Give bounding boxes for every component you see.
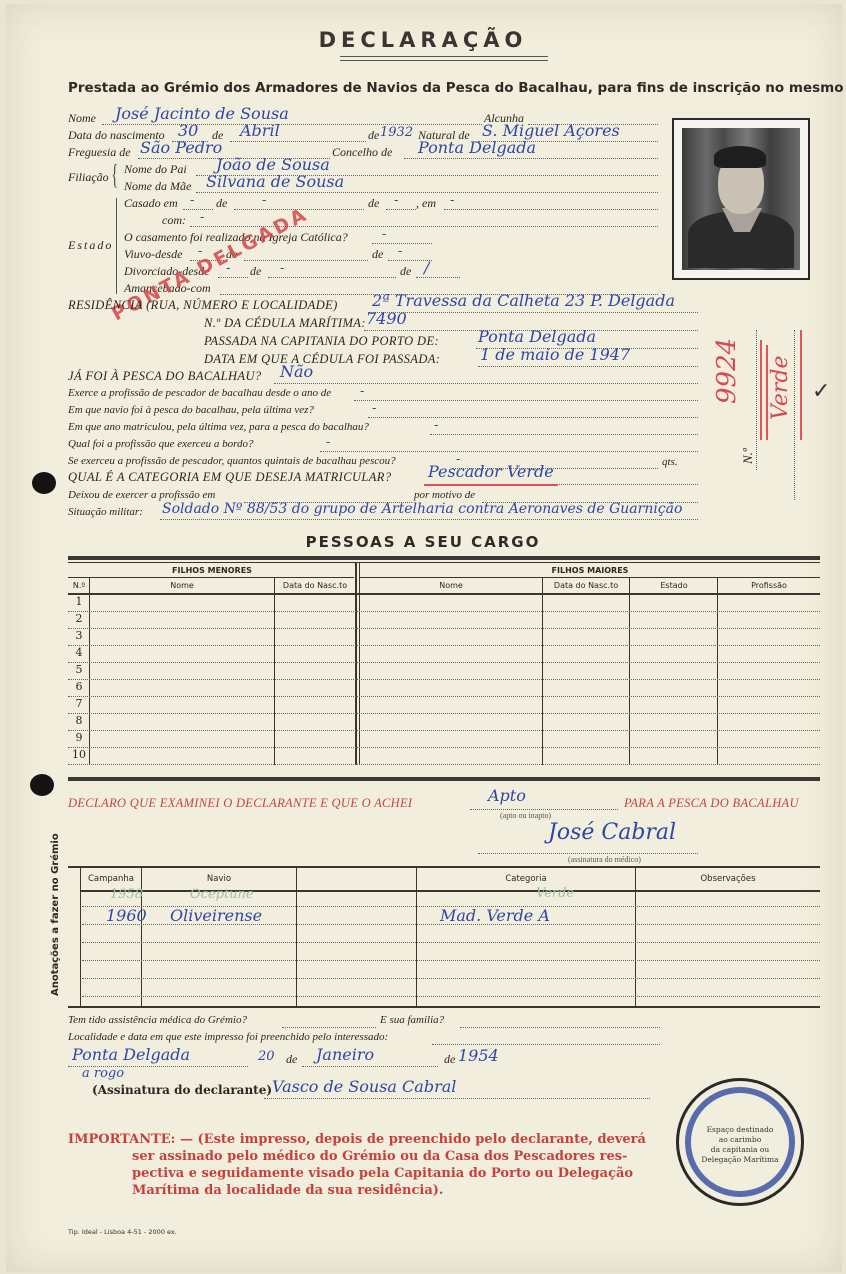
red-underline <box>424 484 558 486</box>
apto-hint: (apto ou inapto) <box>500 811 551 820</box>
seal-line: ao carimbo <box>679 1135 801 1145</box>
row-number: 7 <box>70 697 88 710</box>
viuvo-ano-field[interactable]: - <box>398 244 402 259</box>
important-line: IMPORTANTE: — (Este impresso, depois de … <box>68 1132 646 1147</box>
quintais-label: Se exerceu a profissão de pescador, quan… <box>68 455 396 467</box>
anotacao-navio: Oliveirense <box>170 906 262 925</box>
militar-field[interactable]: Soldado Nº 88/53 do grupo de Artelharia … <box>162 501 682 517</box>
table-row[interactable] <box>68 645 820 646</box>
categoria-label: QUAL É A CATEGORIA EM QUE DESEJA MATRICU… <box>68 470 391 485</box>
motivo-label: por motivo de <box>414 489 475 501</box>
table-row[interactable] <box>82 960 820 961</box>
ja-foi-field[interactable]: Não <box>280 362 313 381</box>
document-subtitle: Prestada ao Grémio dos Armadores de Navi… <box>68 80 844 96</box>
assistencia-field[interactable] <box>282 1027 376 1028</box>
deixou-label: Deixou de exercer a profissão em <box>68 489 215 501</box>
localidade-label: Localidade e data em que este impresso f… <box>68 1031 388 1043</box>
familia-field[interactable] <box>460 1027 660 1028</box>
brace: { <box>111 160 118 192</box>
row-number: 5 <box>70 663 88 676</box>
ja-foi-label: JÁ FOI À PESCA DO BACALHAU? <box>68 369 262 384</box>
col-categoria: Categoria <box>417 874 635 884</box>
casado-dia-field[interactable]: - <box>190 193 194 208</box>
col-navio: Navio <box>142 874 296 884</box>
qts-unit: qts. <box>662 456 678 468</box>
desde-label: Exerce a profissão de pescador de bacalh… <box>68 387 331 399</box>
nascimento-ano-field[interactable]: 1932 <box>380 125 413 140</box>
navio-field[interactable]: - <box>372 401 376 416</box>
anotacao-categoria: Mad. Verde A <box>440 906 550 925</box>
com-label: com: <box>162 213 186 228</box>
filhos-menores-header: FILHOS MENORES <box>68 566 356 575</box>
row-number: 1 <box>70 595 88 608</box>
anotacao-navio: Oceptune <box>190 887 254 902</box>
nascimento-mes-field[interactable]: Abril <box>240 121 280 140</box>
ano-label: Em que ano matriculou, pela última vez, … <box>68 421 369 433</box>
table-row[interactable] <box>82 942 820 943</box>
familia-label: E sua familia? <box>380 1014 444 1026</box>
divorciado-ano-field[interactable]: / <box>424 258 429 277</box>
mes-field[interactable]: Janeiro <box>316 1045 374 1064</box>
casado-ano-field[interactable]: - <box>394 193 398 208</box>
row-number: 2 <box>70 612 88 625</box>
pessoas-title: PESSOAS A SEU CARGO <box>0 533 846 551</box>
concelho-label: Concelho de <box>332 145 392 160</box>
declaro-label: DECLARO QUE EXAMINEI O DECLARANTE E QUE … <box>68 796 412 811</box>
row-number: 4 <box>70 646 88 659</box>
igreja-field[interactable]: - <box>382 227 386 242</box>
numero-label: N.º <box>740 448 756 464</box>
col-profissao: Profissão <box>718 581 820 590</box>
anotacao-categoria: Verde <box>536 886 574 901</box>
para-label: PARA A PESCA DO BACALHAU <box>624 796 799 811</box>
table-row[interactable] <box>68 662 820 663</box>
registo-numero: 9924 <box>712 338 742 404</box>
desde-field[interactable]: - <box>360 384 364 399</box>
anotacoes-side-label: Anotações a fazer no Grémio <box>50 833 61 996</box>
residencia-label: RESIDÊNCIA (RUA, NÚMERO E LOCALIDADE) <box>68 298 338 313</box>
declarante-signature[interactable]: Vasco de Sousa Cabral <box>272 1077 456 1096</box>
seal-line: Delegação Marítima <box>679 1155 801 1165</box>
seal-line: Espaço destinado <box>679 1125 801 1135</box>
com-field[interactable]: - <box>200 210 204 225</box>
residencia-field[interactable]: 2ª Travessa da Calheta 23 P. Delgada <box>372 291 675 310</box>
table-row[interactable] <box>68 764 820 765</box>
punch-hole <box>32 472 56 494</box>
important-line: Marítima da localidade da sua residência… <box>68 1182 653 1199</box>
ano-field[interactable]: - <box>434 418 438 433</box>
col-campanha: Campanha <box>82 874 140 884</box>
important-line: pectiva e seguidamente visado pela Capit… <box>68 1165 653 1182</box>
col-observacoes: Observações <box>636 874 820 884</box>
a-rogo-note: a rogo <box>82 1066 124 1081</box>
important-line: ser assinado pelo médico do Grémio ou da… <box>68 1148 653 1165</box>
categoria-field[interactable]: Pescador Verde <box>428 462 554 481</box>
row-number: 6 <box>70 680 88 693</box>
table-row[interactable] <box>68 747 820 748</box>
data-cedula-label: DATA EM QUE A CÉDULA FOI PASSADA: <box>204 352 440 367</box>
capitania-seal: Espaço destinado ao carimbo da capitania… <box>676 1078 804 1206</box>
punch-hole <box>30 774 54 796</box>
row-number: 3 <box>70 629 88 642</box>
table-row[interactable] <box>82 996 820 997</box>
table-row[interactable] <box>68 611 820 612</box>
assinatura-medico-hint: (assinatura do médico) <box>568 855 641 864</box>
table-row[interactable] <box>82 924 820 925</box>
col-nasc-menores: Data do Nasc.to <box>275 581 355 590</box>
localidade-field[interactable]: Ponta Delgada <box>72 1045 190 1064</box>
casado-local-field[interactable]: - <box>450 193 454 208</box>
de-label: de <box>368 128 379 143</box>
casado-mes-field[interactable]: - <box>262 193 266 208</box>
capitania-field[interactable]: Ponta Delgada <box>478 327 596 346</box>
de-label: de <box>400 264 411 279</box>
navio-label: Em que navio foi à pesca do bacalhau, pe… <box>68 404 314 416</box>
table-row[interactable] <box>82 978 820 979</box>
concelho-field[interactable]: Ponta Delgada <box>418 138 536 157</box>
dia-field[interactable]: 20 <box>258 1049 275 1064</box>
anotacao-campanha: 1958 <box>110 887 143 902</box>
col-numero: N.º <box>68 581 90 590</box>
divorciado-mes-field[interactable]: - <box>280 261 284 276</box>
important-notice: IMPORTANTE: — (Este impresso, depois de … <box>68 1131 653 1199</box>
assinatura-declarante-label: (Assinatura do declarante) <box>92 1083 272 1097</box>
cedula-field[interactable]: 7490 <box>366 309 407 328</box>
col-nome-maiores: Nome <box>360 581 542 590</box>
col-nome-menores: Nome <box>90 581 274 590</box>
data-cedula-field[interactable]: 1 de maio de 1947 <box>480 345 630 364</box>
table-row[interactable] <box>68 696 820 697</box>
seal-line: da capitania ou <box>679 1145 801 1155</box>
row-number: 10 <box>70 748 88 761</box>
ano-field[interactable]: 1954 <box>458 1046 499 1065</box>
row-number: 8 <box>70 714 88 727</box>
mae-field[interactable]: Silvana de Sousa <box>206 172 344 191</box>
table-row[interactable] <box>68 713 820 714</box>
em-label: , em <box>416 196 436 211</box>
freguesia-field[interactable]: São Pedro <box>140 138 222 157</box>
mae-label: Nome da Mãe <box>124 179 191 194</box>
de-label: de <box>250 264 261 279</box>
table-row[interactable] <box>68 628 820 629</box>
pai-label: Nome do Pai <box>124 162 187 177</box>
profissao-label: Qual foi a profissão que exerceu a bordo… <box>68 438 253 450</box>
de-label: de <box>216 196 227 211</box>
col-nasc-maiores: Data do Nasc.to <box>543 581 629 590</box>
assistencia-label: Tem tido assistência médica do Grémio? <box>68 1014 247 1026</box>
checkmark-icon: ✓ <box>812 378 830 404</box>
viuvo-label: Viuvo-desde <box>124 247 182 262</box>
de-label: de <box>286 1052 297 1067</box>
table-row[interactable] <box>68 730 820 731</box>
id-photo <box>672 118 810 280</box>
filhos-maiores-header: FILHOS MAIORES <box>360 566 820 575</box>
profissao-field[interactable]: - <box>326 435 330 450</box>
title-underline <box>340 56 548 61</box>
nome-label: Nome <box>68 111 96 126</box>
printer-footer: Tip. Ideal - Lisboa 4-51 - 2000 ex. <box>68 1228 177 1236</box>
row-number: 9 <box>70 731 88 744</box>
filiacao-label: Filiação <box>68 170 109 185</box>
table-row[interactable] <box>68 679 820 680</box>
casado-label: Casado em <box>124 196 178 211</box>
medico-signature[interactable]: José Cabral <box>548 820 676 845</box>
de-label: de <box>372 247 383 262</box>
estado-label: Estado <box>68 238 113 253</box>
freguesia-label: Freguesia de <box>68 145 131 160</box>
capitania-label: PASSADA NA CAPITANIA DO PORTO DE: <box>204 334 439 349</box>
de-label: de <box>368 196 379 211</box>
col-estado: Estado <box>630 581 718 590</box>
militar-label: Situação militar: <box>68 506 143 518</box>
registo-annotation: Verde <box>768 355 793 420</box>
anotacao-campanha: 1960 <box>106 906 147 925</box>
document-title: DECLARAÇÃO <box>0 28 846 52</box>
table-row[interactable] <box>82 906 820 907</box>
cedula-label: N.º DA CÉDULA MARÍTIMA: <box>204 316 366 331</box>
apto-field[interactable]: Apto <box>488 786 526 805</box>
de-label: de <box>444 1052 455 1067</box>
